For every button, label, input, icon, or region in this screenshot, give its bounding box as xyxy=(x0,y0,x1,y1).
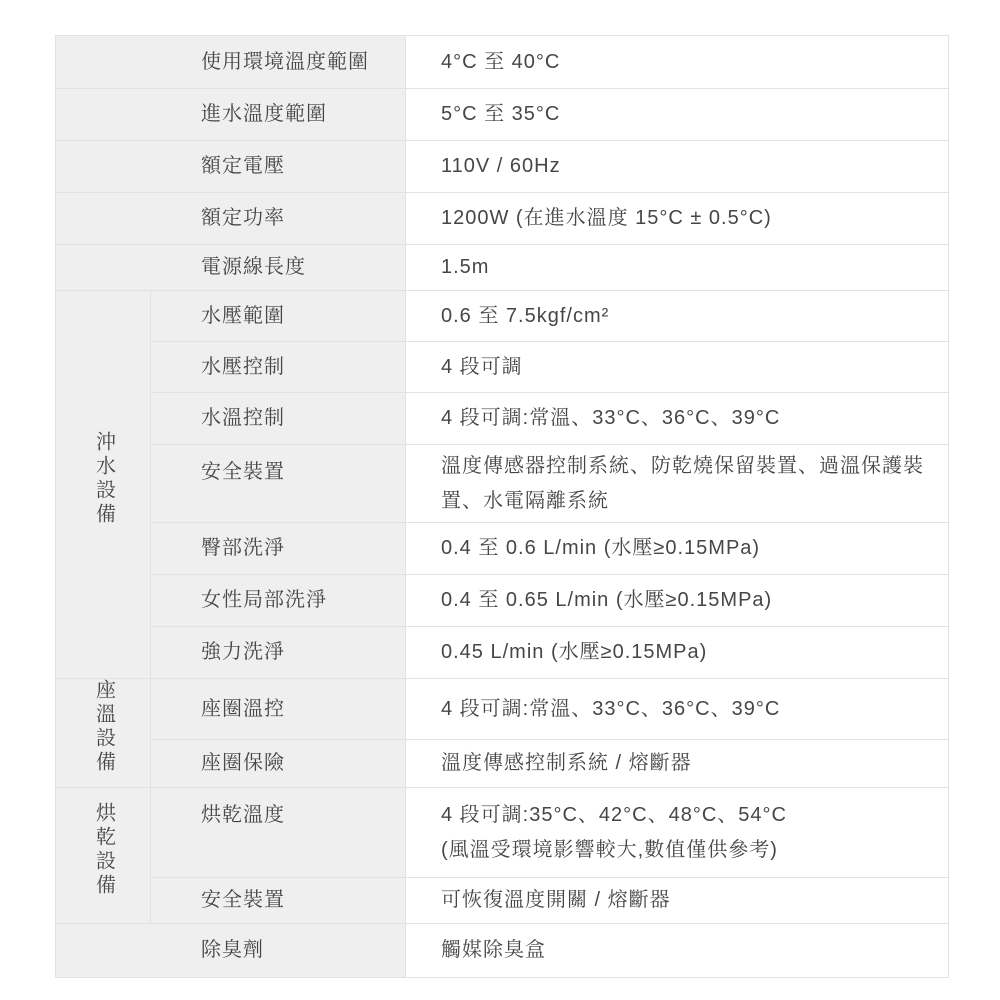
spec-sheet: 使用環境溫度範圍 4°C 至 40°C 進水溫度範圍 5°C 至 35°C 額定… xyxy=(55,35,949,978)
table-row: 電源線長度 1.5m xyxy=(56,245,949,291)
row-value: 4°C 至 40°C xyxy=(406,36,949,89)
row-value: 可恢復溫度開關 / 熔斷器 xyxy=(406,878,949,924)
row-label: 水壓範圍 xyxy=(151,291,406,342)
row-label: 水壓控制 xyxy=(151,342,406,393)
row-value: 110V / 60Hz xyxy=(406,141,949,193)
table-row: 額定電壓 110V / 60Hz xyxy=(56,141,949,193)
row-value: 觸媒除臭盒 xyxy=(406,924,949,978)
row-label: 使用環境溫度範圍 xyxy=(56,36,406,89)
row-value: 5°C 至 35°C xyxy=(406,89,949,141)
group-label-dryer: 烘乾設備 xyxy=(56,788,151,924)
row-label: 強力洗淨 xyxy=(151,627,406,679)
table-row: 使用環境溫度範圍 4°C 至 40°C xyxy=(56,36,949,89)
table-row: 安全裝置 可恢復溫度開關 / 熔斷器 xyxy=(56,878,949,924)
table-row: 烘乾設備 烘乾溫度 4 段可調:35°C、42°C、48°C、54°C(風溫受環… xyxy=(56,788,949,878)
row-label: 座圈溫控 xyxy=(151,679,406,740)
table-row: 額定功率 1200W (在進水溫度 15°C ± 0.5°C) xyxy=(56,193,949,245)
row-label: 烘乾溫度 xyxy=(151,788,406,878)
row-value: 0.4 至 0.6 L/min (水壓≥0.15MPa) xyxy=(406,523,949,575)
table-row: 沖水設備 水壓範圍 0.6 至 7.5kgf/cm² xyxy=(56,291,949,342)
table-row: 進水溫度範圍 5°C 至 35°C xyxy=(56,89,949,141)
row-value: 4 段可調:常溫、33°C、36°C、39°C xyxy=(406,393,949,445)
row-value: 4 段可調:35°C、42°C、48°C、54°C(風溫受環境影響較大,數值僅供… xyxy=(406,788,949,878)
row-value: 0.4 至 0.65 L/min (水壓≥0.15MPa) xyxy=(406,575,949,627)
row-label: 安全裝置 xyxy=(151,445,406,523)
row-label: 臀部洗淨 xyxy=(151,523,406,575)
page: { "colors": { "label_cell_bg": "#efefef"… xyxy=(0,0,1000,1000)
table-row: 強力洗淨 0.45 L/min (水壓≥0.15MPa) xyxy=(56,627,949,679)
table-row: 女性局部洗淨 0.4 至 0.65 L/min (水壓≥0.15MPa) xyxy=(56,575,949,627)
row-value: 0.45 L/min (水壓≥0.15MPa) xyxy=(406,627,949,679)
row-value: 4 段可調 xyxy=(406,342,949,393)
row-value: 0.6 至 7.5kgf/cm² xyxy=(406,291,949,342)
row-value: 1200W (在進水溫度 15°C ± 0.5°C) xyxy=(406,193,949,245)
row-label: 進水溫度範圍 xyxy=(56,89,406,141)
row-label: 安全裝置 xyxy=(151,878,406,924)
row-value: 4 段可調:常溫、33°C、36°C、39°C xyxy=(406,679,949,740)
row-label: 女性局部洗淨 xyxy=(151,575,406,627)
row-label: 座圈保險 xyxy=(151,740,406,788)
table-row: 座溫設備 座圈溫控 4 段可調:常溫、33°C、36°C、39°C xyxy=(56,679,949,740)
table-row: 水壓控制 4 段可調 xyxy=(56,342,949,393)
row-label: 水溫控制 xyxy=(151,393,406,445)
table-row: 水溫控制 4 段可調:常溫、33°C、36°C、39°C xyxy=(56,393,949,445)
row-value: 溫度傳感器控制系統、防乾燒保留裝置、過溫保護裝置、水電隔離系統 xyxy=(406,445,949,523)
row-label: 額定功率 xyxy=(56,193,406,245)
group-label-flushing: 沖水設備 xyxy=(56,291,151,679)
row-label: 除臭劑 xyxy=(56,924,406,978)
row-value: 1.5m xyxy=(406,245,949,291)
row-label: 額定電壓 xyxy=(56,141,406,193)
table-row: 安全裝置 溫度傳感器控制系統、防乾燒保留裝置、過溫保護裝置、水電隔離系統 xyxy=(56,445,949,523)
table-row: 除臭劑 觸媒除臭盒 xyxy=(56,924,949,978)
row-value: 溫度傳感控制系統 / 熔斷器 xyxy=(406,740,949,788)
table-row: 座圈保險 溫度傳感控制系統 / 熔斷器 xyxy=(56,740,949,788)
table-row: 臀部洗淨 0.4 至 0.6 L/min (水壓≥0.15MPa) xyxy=(56,523,949,575)
spec-table: 使用環境溫度範圍 4°C 至 40°C 進水溫度範圍 5°C 至 35°C 額定… xyxy=(55,35,949,978)
group-label-seat-temp: 座溫設備 xyxy=(56,679,151,788)
row-label: 電源線長度 xyxy=(56,245,406,291)
